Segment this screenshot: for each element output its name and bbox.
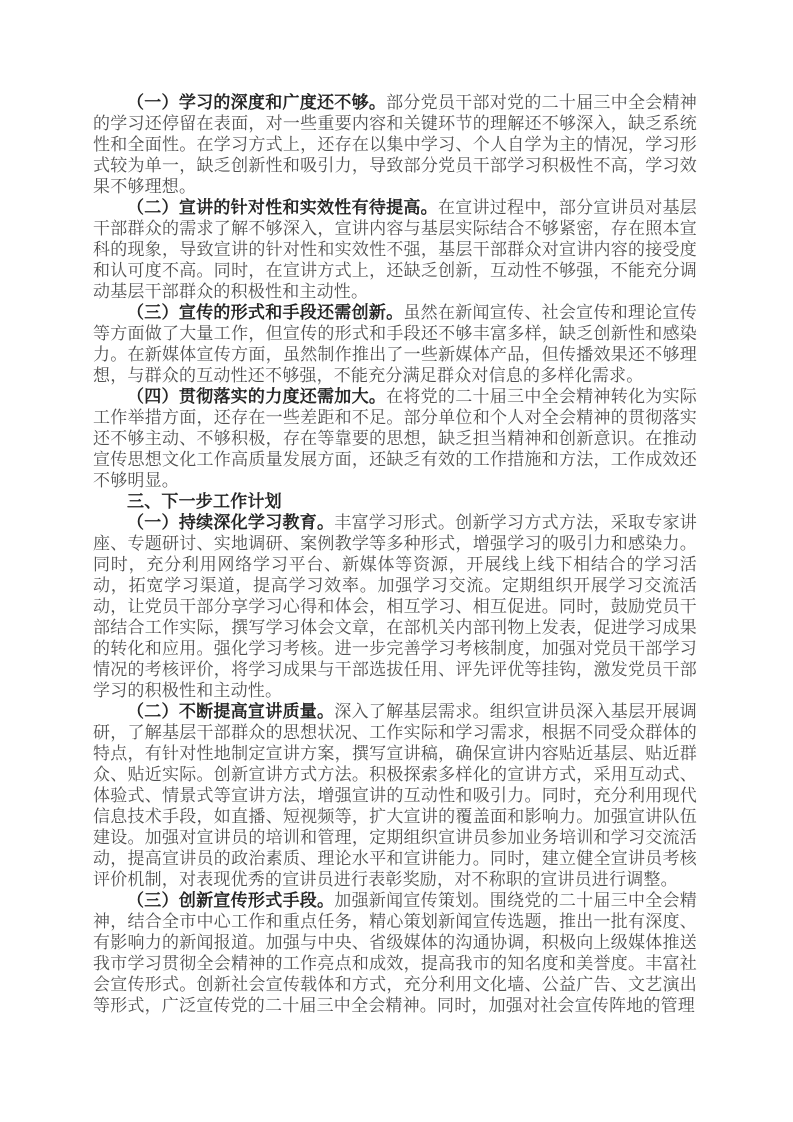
paragraph-lead: （二）不断提高宣讲质量。 xyxy=(127,702,334,721)
paragraph: （一）持续深化学习教育。丰富学习形式。创新学习方式方法，采取专家讲座、专题研讨、… xyxy=(93,512,697,701)
paragraph: （三）宣传的形式和手段还需创新。虽然在新闻宣传、社会宣传和理论宣传等方面做了大量… xyxy=(93,302,697,386)
paragraph-lead: （三）创新宣传形式手段。 xyxy=(127,891,334,910)
paragraph-lead: （一）学习的深度和广度还不够。 xyxy=(127,93,386,112)
paragraph-lead: （一）持续深化学习教育。 xyxy=(127,513,334,532)
paragraph-lead: （二）宣讲的针对性和实效性有待提高。 xyxy=(127,198,438,217)
paragraph: （二）宣讲的针对性和实效性有待提高。在宣讲过程中，部分宣讲员对基层干部群众的需求… xyxy=(93,197,697,302)
paragraph-body: 深入了解基层需求。组织宣讲员深入基层开展调研，了解基层干部群众的思想状况、工作实… xyxy=(93,702,697,889)
paragraph: （三）创新宣传形式手段。加强新闻宣传策划。围绕党的二十届三中全会精神，结合全市中… xyxy=(93,890,697,1016)
document-content: （一）学习的深度和广度还不够。部分党员干部对党的二十届三中全会精神的学习还停留在… xyxy=(93,92,697,1016)
paragraph: （四）贯彻落实的力度还需加大。在将党的二十届三中全会精神转化为实际工作举措方面，… xyxy=(93,386,697,491)
document-page: （一）学习的深度和广度还不够。部分党员干部对党的二十届三中全会精神的学习还停留在… xyxy=(0,0,793,1122)
paragraph: （一）学习的深度和广度还不够。部分党员干部对党的二十届三中全会精神的学习还停留在… xyxy=(93,92,697,197)
paragraph-body: 丰富学习形式。创新学习方式方法，采取专家讲座、专题研讨、实地调研、案例教学等多种… xyxy=(93,513,697,700)
paragraph: （二）不断提高宣讲质量。深入了解基层需求。组织宣讲员深入基层开展调研，了解基层干… xyxy=(93,701,697,890)
paragraph-lead: （四）贯彻落实的力度还需加大。 xyxy=(127,387,386,406)
section-heading: 三、下一步工作计划 xyxy=(93,491,697,512)
paragraph-lead: （三）宣传的形式和手段还需创新。 xyxy=(127,303,403,322)
